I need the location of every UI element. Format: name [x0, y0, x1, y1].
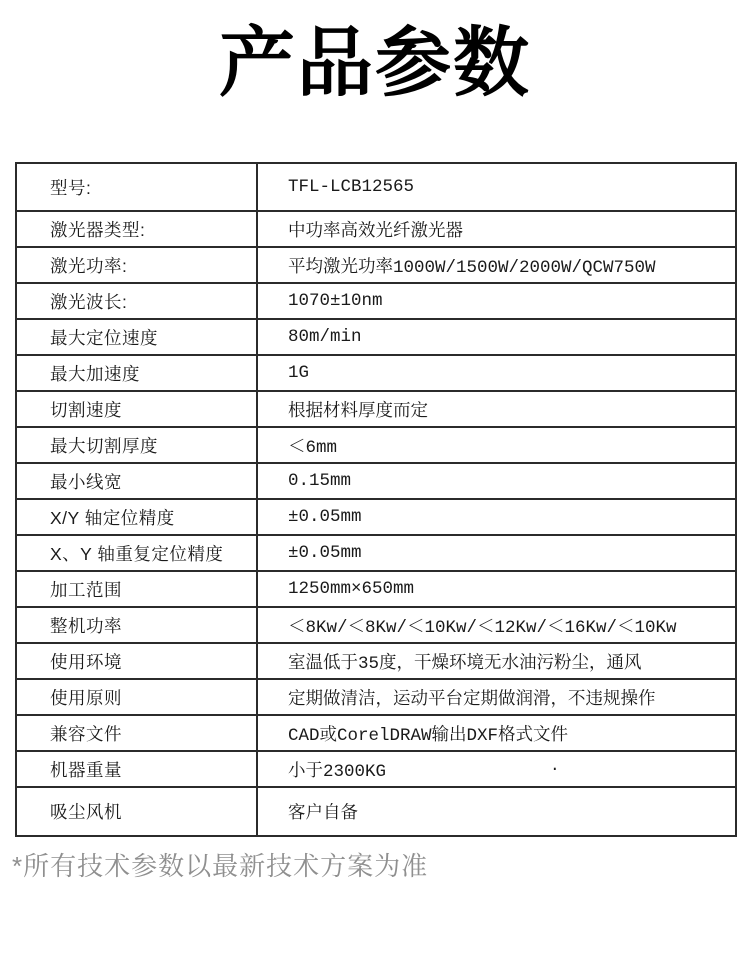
- spec-value: CAD或CorelDRAW输出DXF格式文件: [257, 715, 736, 751]
- spec-value: 1070±10nm: [257, 283, 736, 319]
- spec-value: ＜8Kw/＜8Kw/＜10Kw/＜12Kw/＜16Kw/＜10Kw: [257, 607, 736, 643]
- spec-value: 平均激光功率1000W/1500W/2000W/QCW750W: [257, 247, 736, 283]
- table-row: 加工范围1250mm×650mm: [16, 571, 736, 607]
- spec-value: 定期做清洁，运动平台定期做润滑，不违规操作: [257, 679, 736, 715]
- spec-value: 1250mm×650mm: [257, 571, 736, 607]
- table-row: X、Y 轴重复定位精度±0.05mm: [16, 535, 736, 571]
- spec-label: 激光器类型:: [16, 211, 257, 247]
- table-row: 使用原则定期做清洁，运动平台定期做润滑，不违规操作: [16, 679, 736, 715]
- spec-value: ±0.05mm: [257, 499, 736, 535]
- table-row: 型号:TFL-LCB12565: [16, 163, 736, 211]
- spec-value: 室温低于35度，干燥环境无水油污粉尘，通风: [257, 643, 736, 679]
- footnote: *所有技术参数以最新技术方案为准: [12, 846, 428, 883]
- spec-value: 0.15mm: [257, 463, 736, 499]
- spec-label: 机器重量: [16, 751, 257, 787]
- spec-label: 最大切割厚度: [16, 427, 257, 463]
- spec-label: 激光波长:: [16, 283, 257, 319]
- spec-value: TFL-LCB12565: [257, 163, 736, 211]
- spec-label: 最大加速度: [16, 355, 257, 391]
- table-row: 机器重量小于2300KG: [16, 751, 736, 787]
- spec-label: 型号:: [16, 163, 257, 211]
- spec-label: 兼容文件: [16, 715, 257, 751]
- table-row: 吸尘风机客户自备: [16, 787, 736, 836]
- table-row: 整机功率＜8Kw/＜8Kw/＜10Kw/＜12Kw/＜16Kw/＜10Kw: [16, 607, 736, 643]
- spec-label: 整机功率: [16, 607, 257, 643]
- table-row: 激光功率:平均激光功率1000W/1500W/2000W/QCW750W: [16, 247, 736, 283]
- spec-label: 加工范围: [16, 571, 257, 607]
- table-row: 兼容文件CAD或CorelDRAW输出DXF格式文件: [16, 715, 736, 751]
- spec-label: X/Y 轴定位精度: [16, 499, 257, 535]
- spec-label: 使用原则: [16, 679, 257, 715]
- spec-value: 1G: [257, 355, 736, 391]
- table-row: 激光器类型:中功率高效光纤激光器: [16, 211, 736, 247]
- spec-value: 根据材料厚度而定: [257, 391, 736, 427]
- spec-value: 小于2300KG: [257, 751, 736, 787]
- spec-label: X、Y 轴重复定位精度: [16, 535, 257, 571]
- spec-value: 客户自备: [257, 787, 736, 836]
- table-row: X/Y 轴定位精度±0.05mm: [16, 499, 736, 535]
- spec-table: 型号:TFL-LCB12565激光器类型:中功率高效光纤激光器激光功率:平均激光…: [15, 162, 737, 837]
- table-row: 最大定位速度80m/min: [16, 319, 736, 355]
- table-row: 最大加速度1G: [16, 355, 736, 391]
- spec-label: 切割速度: [16, 391, 257, 427]
- spec-label: 吸尘风机: [16, 787, 257, 836]
- table-row: 最大切割厚度＜6mm: [16, 427, 736, 463]
- stray-dot-mark: .: [550, 757, 560, 775]
- spec-value: ＜6mm: [257, 427, 736, 463]
- spec-table-body: 型号:TFL-LCB12565激光器类型:中功率高效光纤激光器激光功率:平均激光…: [16, 163, 736, 836]
- table-row: 激光波长:1070±10nm: [16, 283, 736, 319]
- spec-label: 使用环境: [16, 643, 257, 679]
- spec-value: ±0.05mm: [257, 535, 736, 571]
- spec-value: 中功率高效光纤激光器: [257, 211, 736, 247]
- spec-label: 激光功率:: [16, 247, 257, 283]
- table-row: 使用环境室温低于35度，干燥环境无水油污粉尘，通风: [16, 643, 736, 679]
- table-row: 最小线宽0.15mm: [16, 463, 736, 499]
- page-title: 产品参数: [0, 22, 750, 106]
- spec-label: 最小线宽: [16, 463, 257, 499]
- table-row: 切割速度根据材料厚度而定: [16, 391, 736, 427]
- spec-value: 80m/min: [257, 319, 736, 355]
- spec-label: 最大定位速度: [16, 319, 257, 355]
